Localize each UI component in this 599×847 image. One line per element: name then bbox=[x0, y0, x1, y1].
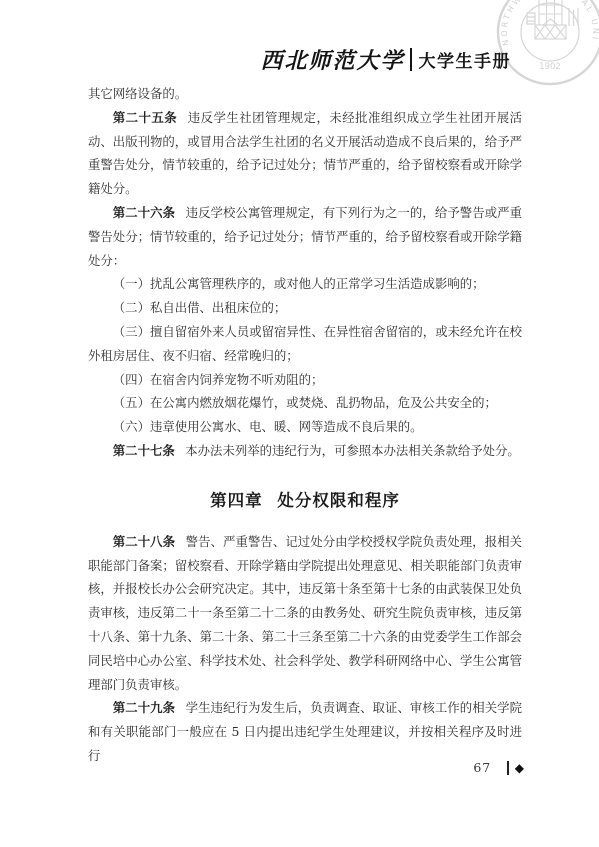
handbook-page: NORTHWEST NORMAL UNIVERSITY 1902 西北师范大学 … bbox=[0, 0, 599, 847]
list-item-1: （一）扰乱公寓管理秩序的，或对他人的正常学习生活造成影响的； bbox=[88, 272, 522, 296]
page-body: 其它网络设备的。 第二十五条违反学生社团管理规定，未经批准组织成立学生社团开展活… bbox=[88, 82, 522, 768]
list-item-3: （三）擅自留宿外来人员或留宿异性、在异性宿舍留宿的，或未经允许在校外租房居住、夜… bbox=[88, 320, 522, 368]
seal-ring-text: NORTHWEST NORMAL UNIVERSITY bbox=[494, 0, 599, 47]
seal-year-text: 1902 bbox=[539, 62, 561, 72]
page-footer: 67 ◆ bbox=[473, 760, 524, 775]
page-header: 西北师范大学 大学生手册 bbox=[0, 44, 511, 75]
seal-inner-ring bbox=[521, 3, 579, 61]
list-item-2: （二）私自出借、出租床位的； bbox=[88, 296, 522, 320]
article-25-paragraph: 第二十五条违反学生社团管理规定，未经批准组织成立学生社团开展活动、出版刊物的，或… bbox=[88, 106, 522, 201]
article-28-number: 第二十八条 bbox=[113, 534, 175, 549]
article-29-number: 第二十九条 bbox=[113, 700, 175, 715]
article-28-text: 警告、严重警告、记过处分由学校授权学院负责处理，报相关职能部门备案；留校察看、开… bbox=[88, 534, 522, 692]
article-28-paragraph: 第二十八条警告、严重警告、记过处分由学校授权学院负责处理，报相关职能部门备案；留… bbox=[88, 530, 522, 697]
chapter-title: 处分权限和程序 bbox=[277, 491, 400, 510]
article-27-paragraph: 第二十七条本办法未列举的违纪行为，可参照本办法相关条款给予处分。 bbox=[88, 439, 522, 463]
article-26-number: 第二十六条 bbox=[113, 205, 175, 220]
seal-tower-icon bbox=[539, 0, 562, 25]
continuation-paragraph: 其它网络设备的。 bbox=[88, 82, 522, 106]
footer-diamond-icon: ◆ bbox=[515, 761, 524, 775]
seal-outer-ring bbox=[498, 0, 599, 84]
university-name-calligraphy: 西北师范大学 bbox=[260, 44, 404, 75]
handbook-title: 大学生手册 bbox=[419, 47, 512, 72]
article-26-paragraph: 第二十六条违反学校公寓管理规定，有下列行为之一的，给予警告或严重警告处分；情节较… bbox=[88, 201, 522, 272]
header-divider bbox=[410, 48, 412, 71]
list-item-6: （六）违章使用公寓水、电、暖、网等造成不良后果的。 bbox=[88, 415, 522, 439]
article-27-number: 第二十七条 bbox=[113, 443, 175, 458]
footer-divider bbox=[507, 761, 509, 775]
article-25-number: 第二十五条 bbox=[113, 110, 177, 125]
list-item-5: （五）在公寓内燃放烟花爆竹，或焚烧、乱扔物品，危及公共安全的； bbox=[88, 391, 522, 415]
article-29-paragraph: 第二十九条学生违纪行为发生后，负责调查、取证、审核工作的相关学院和有关职能部门一… bbox=[88, 696, 522, 767]
article-27-text: 本办法未列举的违纪行为，可参照本办法相关条款给予处分。 bbox=[185, 443, 520, 458]
page-number: 67 bbox=[473, 760, 491, 775]
chapter-heading: 第四章处分权限和程序 bbox=[88, 487, 522, 514]
seal-lattice-icon bbox=[535, 25, 566, 39]
seal-side-glyphs bbox=[527, 8, 578, 26]
chapter-number: 第四章 bbox=[210, 491, 263, 510]
list-item-4: （四）在宿舍内饲养宠物不听劝阻的； bbox=[88, 368, 522, 392]
